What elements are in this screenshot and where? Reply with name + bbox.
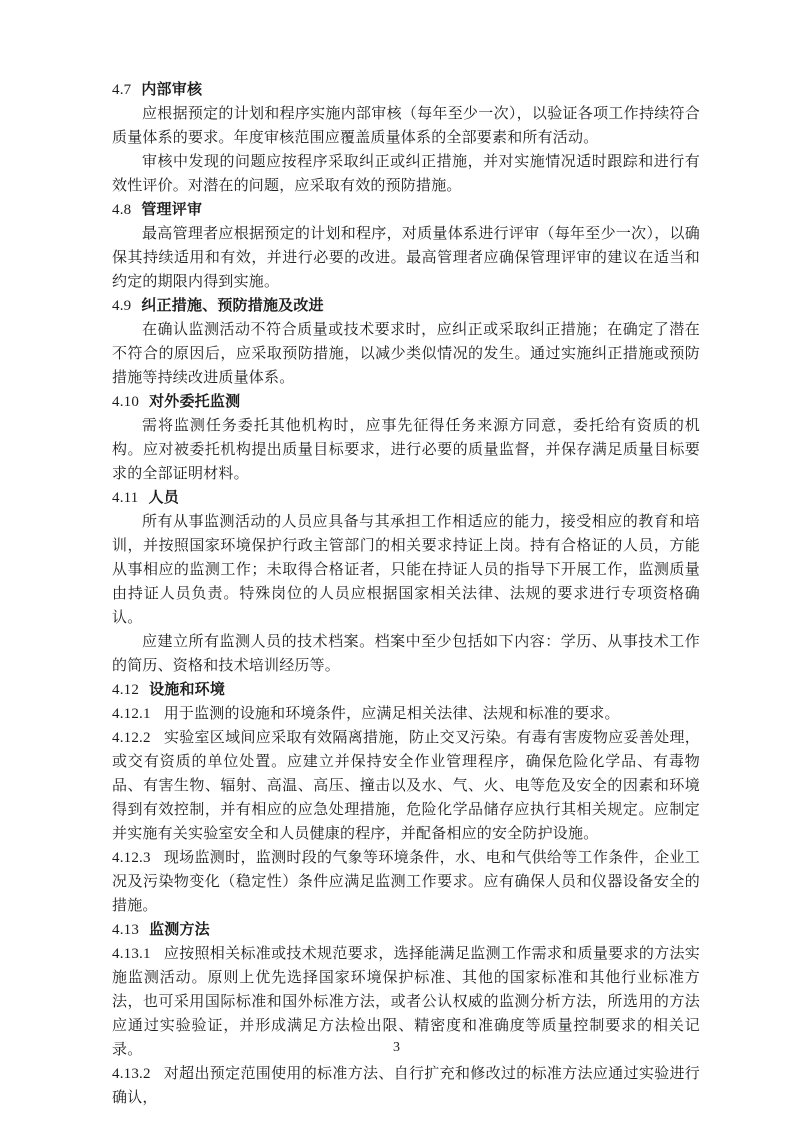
subsection-text: 用于监测的设施和环境条件，应满足相关法律、法规和标准的要求。 — [164, 706, 620, 722]
section-number: 4.7 — [112, 82, 131, 98]
section-title: 监测方法 — [149, 922, 210, 938]
section-title: 人员 — [149, 490, 179, 506]
body-paragraph: 需将监测任务委托其他机构时，应事先征得任务来源方同意，委托给有资质的机构。应对被… — [112, 414, 700, 486]
section-title: 管理评审 — [141, 202, 202, 218]
document-page: 4.7内部审核 应根据预定的计划和程序实施内部审核（每年至少一次），以验证各项工… — [0, 0, 793, 1122]
subsection-paragraph-4-12-1: 4.12.1用于监测的设施和环境条件，应满足相关法律、法规和标准的要求。 — [112, 702, 700, 726]
subsection-number: 4.12.2 — [112, 730, 151, 746]
section-heading-4-12: 4.12设施和环境 — [112, 678, 700, 702]
subsection-text: 对超出预定范围使用的标准方法、自行扩充和修改过的标准方法应通过实验进行确认， — [112, 1066, 700, 1106]
section-title: 设施和环境 — [149, 682, 225, 698]
section-number: 4.9 — [112, 298, 131, 314]
section-number: 4.10 — [112, 394, 139, 410]
section-heading-4-9: 4.9纠正措施、预防措施及改进 — [112, 294, 700, 318]
section-heading-4-7: 4.7内部审核 — [112, 78, 700, 102]
subsection-text: 实验室区域间应采取有效隔离措施，防止交叉污染。有毒有害废物应妥善处理，或交有资质… — [112, 730, 700, 842]
section-number: 4.12 — [112, 682, 139, 698]
body-paragraph: 最高管理者应根据预定的计划和程序，对质量体系进行评审（每年至少一次），以确保其持… — [112, 222, 700, 294]
subsection-number: 4.12.1 — [112, 706, 151, 722]
subsection-paragraph-4-13-2: 4.13.2对超出预定范围使用的标准方法、自行扩充和修改过的标准方法应通过实验进… — [112, 1062, 700, 1110]
section-heading-4-13: 4.13监测方法 — [112, 918, 700, 942]
section-title: 纠正措施、预防措施及改进 — [141, 298, 323, 314]
subsection-paragraph-4-12-2: 4.12.2实验室区域间应采取有效隔离措施，防止交叉污染。有毒有害废物应妥善处理… — [112, 726, 700, 846]
subsection-number: 4.13.2 — [112, 1066, 151, 1082]
section-number: 4.8 — [112, 202, 131, 218]
page-number: 3 — [0, 1038, 793, 1058]
body-paragraph: 应根据预定的计划和程序实施内部审核（每年至少一次），以验证各项工作持续符合质量体… — [112, 102, 700, 150]
body-paragraph: 在确认监测活动不符合质量或技术要求时，应纠正或采取纠正措施；在确定了潜在不符合的… — [112, 318, 700, 390]
section-title: 对外委托监测 — [149, 394, 240, 410]
subsection-number: 4.12.3 — [112, 850, 151, 866]
section-number: 4.11 — [112, 490, 139, 506]
body-paragraph: 审核中发现的问题应按程序采取纠正或纠正措施，并对实施情况适时跟踪和进行有效性评价… — [112, 150, 700, 198]
subsection-paragraph-4-12-3: 4.12.3现场监测时，监测时段的气象等环境条件，水、电和气供给等工作条件，企业… — [112, 846, 700, 918]
document-body: 4.7内部审核 应根据预定的计划和程序实施内部审核（每年至少一次），以验证各项工… — [112, 78, 700, 1110]
section-title: 内部审核 — [141, 82, 202, 98]
section-heading-4-8: 4.8管理评审 — [112, 198, 700, 222]
section-heading-4-10: 4.10对外委托监测 — [112, 390, 700, 414]
section-heading-4-11: 4.11人员 — [112, 486, 700, 510]
subsection-number: 4.13.1 — [112, 946, 151, 962]
body-paragraph: 应建立所有监测人员的技术档案。档案中至少包括如下内容：学历、从事技术工作的简历、… — [112, 630, 700, 678]
body-paragraph: 所有从事监测活动的人员应具备与其承担工作相适应的能力，接受相应的教育和培训，并按… — [112, 510, 700, 630]
subsection-text: 现场监测时，监测时段的气象等环境条件，水、电和气供给等工作条件，企业工况及污染物… — [112, 850, 700, 914]
section-number: 4.13 — [112, 922, 139, 938]
